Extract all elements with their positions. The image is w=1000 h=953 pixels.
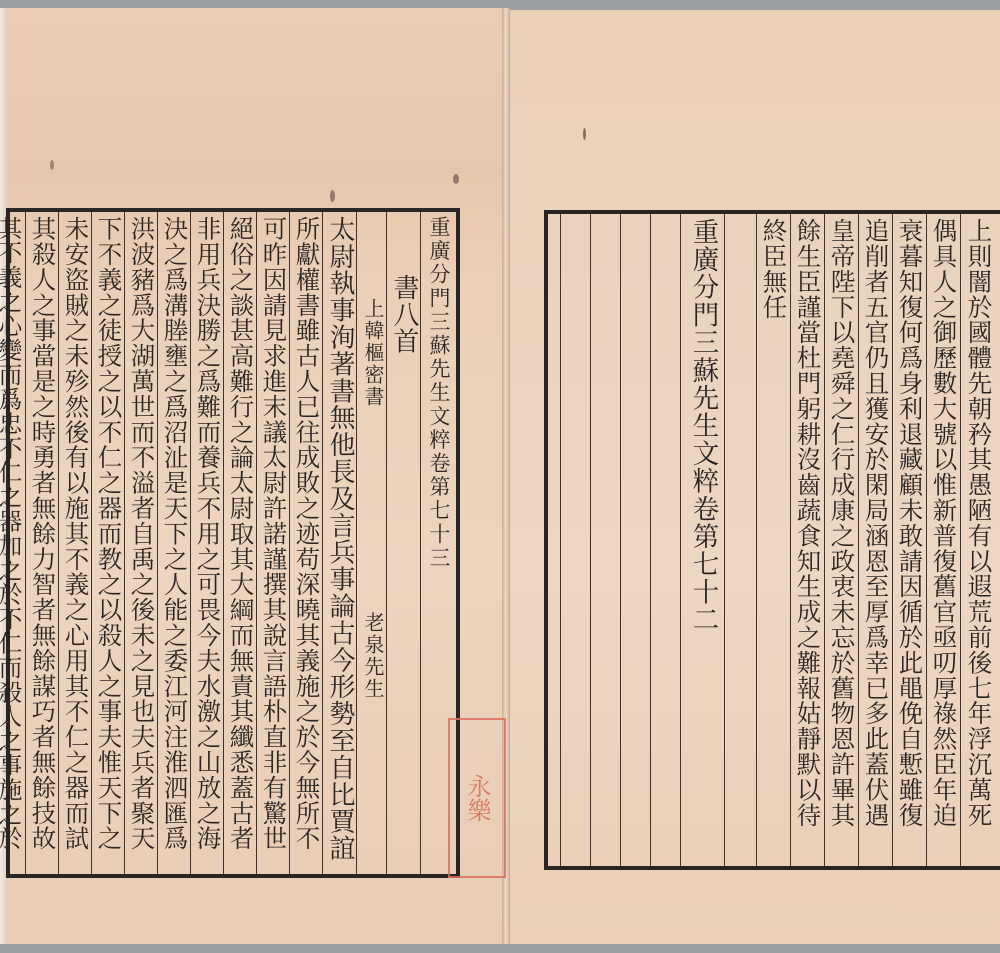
text-column: 決之爲溝塍壅之爲沼沚是天下之人能之委江河注淮泗匯爲 xyxy=(157,212,190,874)
text-line: 所獻權書雖古人已往成敗之迹苟深曉其義施之於今無所不 xyxy=(294,216,319,851)
text-column: 皇帝陛下以堯舜之仁行成康之政衷未忘於舊物恩許畢其 xyxy=(824,214,858,866)
text-line: 其殺人之事當是之時勇者無餘力智者無餘謀巧者無餘技故 xyxy=(30,216,55,851)
paper-stain xyxy=(50,160,54,170)
text-line: 可昨因請見求進末議太尉許諾謹撰其說言語朴直非有驚世 xyxy=(261,216,286,851)
text-line: 衰暮知復何爲身利退藏顧未敢請因循於此黽俛自慙雖復 xyxy=(897,218,922,828)
paper-stain xyxy=(330,190,335,202)
text-column: 絕俗之談甚高難行之論太尉取其大綱而無責其纖悉蓋古者 xyxy=(223,212,256,874)
empty-column xyxy=(724,214,756,866)
text-line: 絕俗之談甚高難行之論太尉取其大綱而無責其纖悉蓋古者 xyxy=(228,216,253,851)
paper-stain xyxy=(453,174,459,184)
text-line: 決之爲溝塍壅之爲沼沚是天下之人能之委江河注淮泗匯爲 xyxy=(162,216,187,851)
text-line: 洪波豬爲大湖萬世而不溢者自禹之後未之見也夫兵者聚天 xyxy=(129,216,154,851)
text-line: 追削者五官仍且獲安於閑局涵恩至厚爲幸已多此蓋伏遇 xyxy=(863,218,888,828)
text-line: 未安盜賊之未殄然後有以施其不義之心用其不仁之器而試 xyxy=(63,216,88,851)
empty-column xyxy=(560,214,590,866)
empty-column xyxy=(590,214,620,866)
volume-end-title: 重廣分門三蘇先生文粹卷第七十二 xyxy=(689,218,716,634)
text-line: 其不義之心變而爲忠不仁之器加之於不仁而殺人之事施之於 xyxy=(0,216,20,850)
red-seal-stamp: 永樂 xyxy=(448,718,506,878)
paper-stain xyxy=(583,128,586,140)
text-column: 其不義之心變而爲忠不仁之器加之於不仁而殺人之事施之於 xyxy=(0,212,25,874)
text-column: 衰暮知復何爲身利退藏顧未敢請因循於此黽俛自慙雖復 xyxy=(892,214,926,866)
text-column: 餘生臣謹當杜門躬耕沒齒蔬食知生成之難報姑靜默以待 xyxy=(790,214,824,866)
left-text-frame: 重廣分門三蘇先生文粹卷第七十三 書八首 上韓樞密書 老泉先生 太尉執事洵著書無他… xyxy=(6,208,460,878)
text-line: 下不義之徒授之以不仁之器而教之以殺人之事夫惟天下之 xyxy=(96,216,121,851)
text-line: 偶具人之御歷數大號以惟新普復舊官亟叨厚祿然臣年迫 xyxy=(931,218,956,828)
text-column: 所獻權書雖古人已往成敗之迹苟深曉其義施之於今無所不 xyxy=(289,212,322,874)
empty-column xyxy=(620,214,650,866)
volume-title: 重廣分門三蘇先生文粹卷第七十三 xyxy=(428,216,449,570)
text-column: 偶具人之御歷數大號以惟新普復舊官亟叨厚祿然臣年迫 xyxy=(926,214,960,866)
text-column: 追削者五官仍且獲安於閑局涵恩至厚爲幸已多此蓋伏遇 xyxy=(858,214,892,866)
text-line: 皇帝陛下以堯舜之仁行成康之政衷未忘於舊物恩許畢其 xyxy=(829,218,854,828)
text-line: 終臣無任 xyxy=(761,218,786,320)
section-label: 書八首 xyxy=(391,274,417,355)
right-text-frame: 上則闇於國體先朝矜其愚陋有以遐荒前後七年浮沉萬死 偶具人之御歷數大號以惟新普復舊… xyxy=(544,210,1000,870)
letter-heading: 上韓樞密書 xyxy=(363,298,383,408)
author-name: 老泉先生 xyxy=(363,612,383,700)
text-column: 洪波豬爲大湖萬世而不溢者自禹之後未之見也夫兵者聚天 xyxy=(124,212,157,874)
title-column: 重廣分門三蘇先生文粹卷第七十二 xyxy=(680,214,724,866)
text-line: 餘生臣謹當杜門躬耕沒齒蔬食知生成之難報姑靜默以待 xyxy=(795,218,820,828)
text-column: 其殺人之事當是之時勇者無餘力智者無餘謀巧者無餘技故 xyxy=(25,212,58,874)
text-column: 未安盜賊之未殄然後有以施其不義之心用其不仁之器而試 xyxy=(58,212,91,874)
text-line: 太尉執事洵著書無他長及言兵事論古今形勢至自比賈誼 xyxy=(327,216,353,862)
empty-column xyxy=(548,214,560,866)
text-line: 上則闇於國體先朝矜其愚陋有以遐荒前後七年浮沉萬死 xyxy=(966,218,991,828)
section-column: 書八首 xyxy=(386,212,420,874)
text-column: 上則闇於國體先朝矜其愚陋有以遐荒前後七年浮沉萬死 xyxy=(960,214,1000,866)
text-column: 太尉執事洵著書無他長及言兵事論古今形勢至自比賈誼 xyxy=(322,212,356,874)
text-column: 下不義之徒授之以不仁之器而教之以殺人之事夫惟天下之 xyxy=(91,212,124,874)
text-column: 可昨因請見求進末議太尉許諾謹撰其說言語朴直非有驚世 xyxy=(256,212,289,874)
heading-column: 上韓樞密書 老泉先生 xyxy=(356,212,386,874)
empty-column xyxy=(650,214,680,866)
text-line: 非用兵決勝之爲難而養兵不用之可畏今夫水激之山放之海 xyxy=(195,216,220,851)
text-column: 終臣無任 xyxy=(756,214,790,866)
text-column: 非用兵決勝之爲難而養兵不用之可畏今夫水激之山放之海 xyxy=(190,212,223,874)
